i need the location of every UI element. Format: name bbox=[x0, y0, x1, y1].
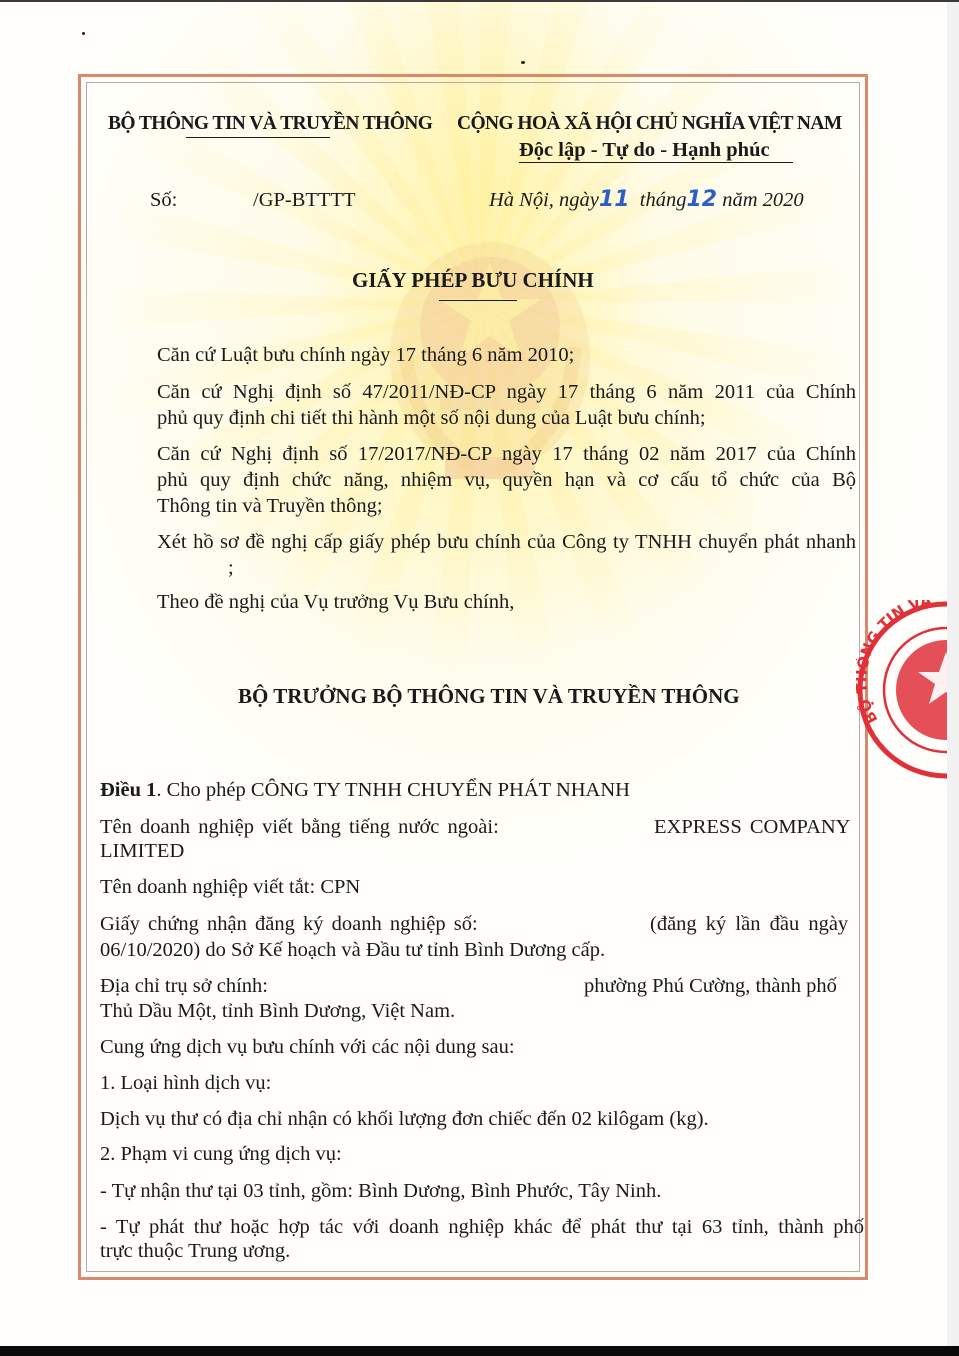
motto-underline bbox=[519, 162, 793, 163]
preamble-line: Căn cứ Nghị định số 47/2011/NĐ-CP ngày 1… bbox=[157, 380, 856, 404]
document-page: BỘ THÔNG TIN VÀ TRUYỀN THÔNG CỘNG HOÀ XÃ… bbox=[0, 2, 947, 1346]
preamble-line: Xét hồ sơ đề nghị cấp giấy phép bưu chín… bbox=[157, 530, 856, 554]
date-place: Hà Nội, ngày bbox=[489, 189, 599, 211]
page-edge bbox=[947, 0, 959, 1346]
short-name: Tên doanh nghiệp viết tắt: CPN bbox=[100, 875, 360, 899]
document-title: GIẤY PHÉP BƯU CHÍNH bbox=[352, 268, 594, 292]
document-number-suffix: /GP-BTTTT bbox=[253, 188, 356, 212]
official-seal-stamp: BỘ THÔNG TIN VÀ bbox=[856, 600, 959, 780]
foreign-name-label: Tên doanh nghiệp viết bằng tiếng nước ng… bbox=[100, 815, 499, 839]
article-intro: . Cho phép CÔNG TY TNHH CHUYỂN PHÁT NHAN… bbox=[156, 779, 630, 801]
ministry-underline bbox=[186, 137, 330, 138]
date-month-handwritten: 12 bbox=[686, 187, 717, 212]
top-edge bbox=[0, 0, 959, 2]
registration-value: (đăng ký lần đầu ngày bbox=[650, 912, 848, 936]
article-1-heading: Điều 1. Cho phép CÔNG TY TNHH CHUYỂN PHÁ… bbox=[100, 778, 630, 802]
address-value: phường Phú Cường, thành phố bbox=[584, 974, 837, 998]
foreign-name-value: EXPRESS COMPANY bbox=[654, 815, 851, 839]
preamble-line: phủ quy định chi tiết thi hành một số nộ… bbox=[157, 406, 706, 430]
service-type-text: Dịch vụ thư có địa chỉ nhận có khối lượn… bbox=[100, 1107, 709, 1131]
registration-cont: 06/10/2020) do Sở Kế hoạch và Đầu tư tỉn… bbox=[100, 938, 605, 962]
title-underline bbox=[439, 300, 517, 301]
preamble-line: Theo đề nghị của Vụ trưởng Vụ Bưu chính, bbox=[157, 590, 514, 614]
date-day-handwritten: 11 bbox=[599, 187, 630, 212]
service-scope-line: - Tự phát thư hoặc hợp tác với doanh ngh… bbox=[100, 1215, 864, 1239]
foreign-name-cont: LIMITED bbox=[100, 839, 184, 863]
registration-label: Giấy chứng nhận đăng ký doanh nghiệp số: bbox=[100, 912, 478, 936]
preamble-line: phủ quy định chức năng, nhiệm vụ, quyền … bbox=[157, 468, 856, 492]
address-cont: Thủ Dầu Một, tỉnh Bình Dương, Việt Nam. bbox=[100, 999, 455, 1023]
date-line: Hà Nội, ngày11 tháng12 năm 2020 bbox=[489, 188, 804, 212]
service-scope-line: trực thuộc Trung ương. bbox=[100, 1239, 290, 1263]
date-month-label: tháng bbox=[640, 189, 687, 211]
address-label: Địa chỉ trụ sở chính: bbox=[100, 974, 268, 998]
speck bbox=[521, 61, 525, 64]
preamble-line: Thông tin và Truyền thông; bbox=[157, 494, 383, 518]
bottom-edge bbox=[0, 1346, 959, 1356]
article-label: Điều 1 bbox=[100, 779, 156, 801]
preamble-line: ; bbox=[228, 556, 234, 580]
national-motto: Độc lập - Tự do - Hạnh phúc bbox=[519, 138, 770, 162]
preamble-line: Căn cứ Nghị định số 17/2017/NĐ-CP ngày 1… bbox=[157, 442, 856, 466]
speck bbox=[82, 32, 85, 35]
service-type-title: 1. Loại hình dịch vụ: bbox=[100, 1071, 271, 1095]
service-scope-title: 2. Phạm vi cung ứng dịch vụ: bbox=[100, 1142, 342, 1166]
issuing-authority: BỘ TRƯỞNG BỘ THÔNG TIN VÀ TRUYỀN THÔNG bbox=[238, 684, 740, 708]
services-intro: Cung ứng dịch vụ bưu chính với các nội d… bbox=[100, 1035, 515, 1059]
ministry-name: BỘ THÔNG TIN VÀ TRUYỀN THÔNG bbox=[108, 112, 432, 136]
date-year: năm 2020 bbox=[722, 189, 803, 211]
document-number-label: Số: bbox=[150, 188, 177, 212]
preamble-line: Căn cứ Luật bưu chính ngày 17 tháng 6 nă… bbox=[157, 343, 574, 367]
republic-name: CỘNG HOÀ XÃ HỘI CHỦ NGHĨA VIỆT NAM bbox=[457, 112, 842, 136]
service-scope-line: - Tự nhận thư tại 03 tỉnh, gồm: Bình Dươ… bbox=[100, 1179, 661, 1203]
